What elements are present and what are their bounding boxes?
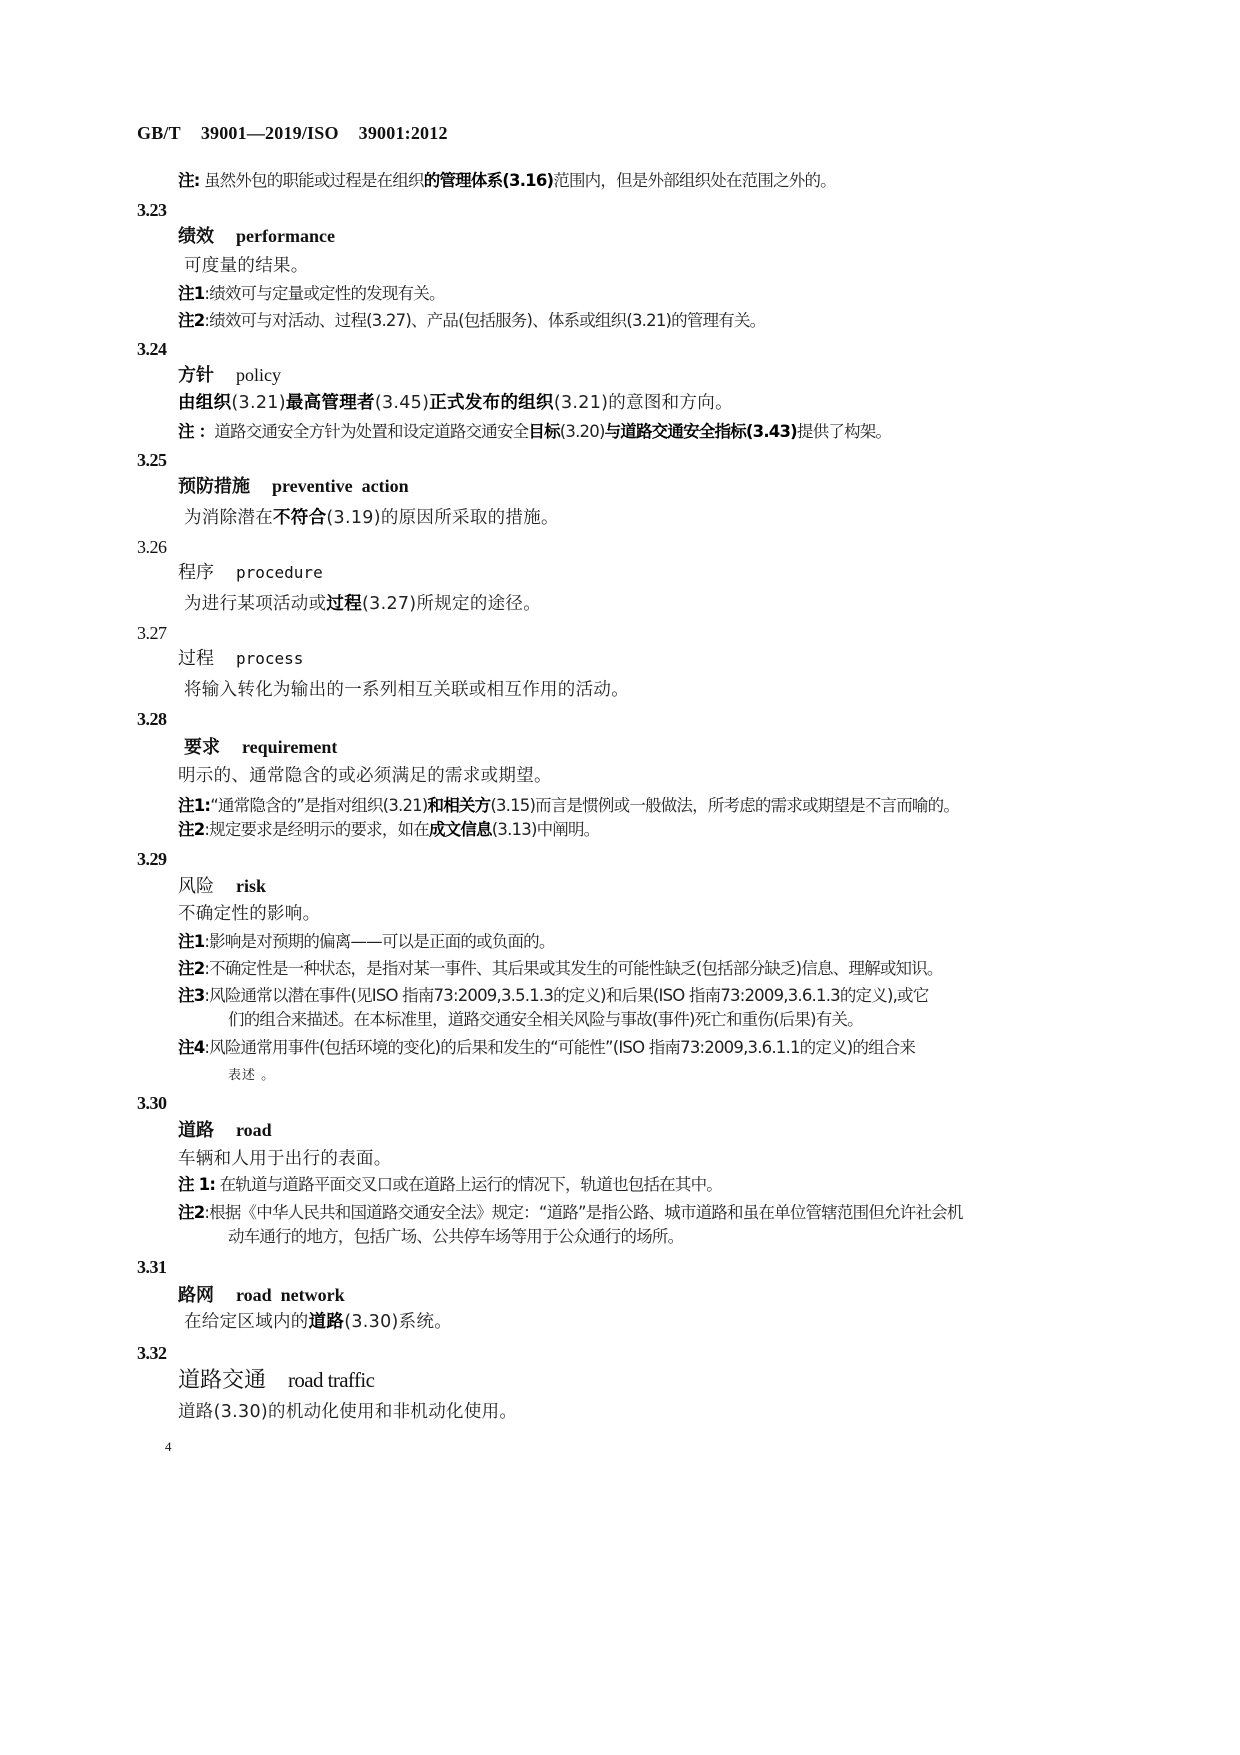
note-text: :根据《中华人民共和国道路交通安全法》规定：“道路”是指公路、城市道路和虽在单位…: [204, 1203, 962, 1222]
term-zh: 要求: [184, 737, 220, 758]
entry-number: 3.27: [137, 624, 167, 642]
standard-number: 39001—2019/ISO: [201, 123, 339, 143]
entry-definition: 为消除潜在不符合(3.19)的原因所采取的措施。: [184, 510, 559, 528]
note-text: (3.13)中阐明。: [492, 820, 600, 839]
term-en: road network: [236, 1285, 345, 1305]
note-continuation: 动车通行的地方，包括广场、公共停车场等用于公众通行的场所。: [228, 1229, 683, 1246]
definition-text: (3.27)所规定的途径。: [362, 594, 541, 614]
term-reference: 过程: [326, 594, 362, 614]
clause-reference: (3.20): [560, 422, 605, 441]
note-text: :风险通常用事件(包括环境的变化)的后果和发生的“可能性”(ISO 指南73:2…: [204, 1038, 915, 1057]
entry-term: 道路交通road traffic: [178, 1370, 374, 1392]
entry-note: 注2:根据《中华人民共和国道路交通安全法》规定：“道路”是指公路、城市道路和虽在…: [178, 1205, 963, 1222]
entry-definition: 不确定性的影响。: [178, 906, 320, 924]
standard-code: GB/T: [137, 123, 181, 143]
term-reference: 由组织: [178, 393, 231, 413]
note-label: 注2: [178, 311, 204, 330]
entry-number: 3.23: [137, 201, 167, 219]
note-continuation: 表述 。: [228, 1069, 275, 1082]
term-en: performance: [236, 226, 335, 246]
note-text: 在轨道与道路平面交叉口或在道路上运行的情况下，轨道也包括在其中。: [215, 1175, 722, 1194]
entry-number: 3.28: [137, 710, 167, 728]
definition-text: 的意图和方向。: [608, 393, 733, 413]
note-label: 注2: [178, 820, 204, 839]
note-label: 注3: [178, 986, 204, 1005]
entry-number: 3.24: [137, 340, 167, 358]
term-reference: 目标: [528, 422, 559, 441]
entry-note: 注 1: 在轨道与道路平面交叉口或在道路上运行的情况下，轨道也包括在其中。: [178, 1177, 722, 1194]
entry-note: 注2:绩效可与对活动、过程(3.27)、产品(包括服务)、体系或组织(3.21)…: [178, 313, 765, 330]
term-zh: 绩效: [178, 226, 214, 247]
note-label: 注 ：: [178, 422, 214, 441]
entry-definition: 车辆和人用于出行的表面。: [178, 1151, 392, 1169]
note-text: 提供了构架。: [797, 422, 891, 441]
clause-reference: (3.21): [554, 393, 608, 413]
note-label: 注2: [178, 1203, 204, 1222]
term-zh: 方针: [178, 365, 214, 386]
definition-text: 在给定区域内的: [184, 1312, 309, 1332]
entry-definition: 由组织(3.21)最高管理者(3.45)正式发布的组织(3.21)的意图和方向。: [178, 395, 733, 413]
note-text: :绩效可与对活动、过程(3.27)、产品(包括服务)、体系或组织(3.21)的管…: [204, 311, 765, 330]
document-page: GB/T39001—2019/ISO39001:2012 注: 虽然外包的职能或…: [0, 0, 1240, 1755]
entry-definition: 可度量的结果。: [184, 258, 309, 276]
term-zh: 预防措施: [178, 476, 250, 497]
definition-text: 为消除潜在: [184, 508, 273, 528]
entry-note: 注2:不确定性是一种状态，是指对某一事件、其后果或其发生的可能性缺乏(包括部分缺…: [178, 961, 943, 978]
term-en: road traffic: [288, 1368, 374, 1392]
note-text: “通常隐含的”是指对组织(3.21): [210, 796, 427, 815]
entry-definition: 道路(3.30)的机动化使用和非机动化使用。: [178, 1404, 517, 1422]
entry-note: 注1:绩效可与定量或定性的发现有关。: [178, 286, 445, 303]
term-zh: 程序: [178, 562, 214, 583]
note-text: :影响是对预期的偏离——可以是正面的或负面的。: [204, 932, 554, 951]
standard-header: GB/T39001—2019/ISO39001:2012: [137, 124, 448, 142]
term-reference: 最高管理者: [286, 393, 375, 413]
term-reference: 不符合: [273, 508, 326, 528]
entry-term: 程序procedure: [178, 564, 323, 582]
term-zh: 过程: [178, 648, 214, 669]
term-en: preventive action: [272, 476, 409, 496]
note-label: 注 1:: [178, 1175, 215, 1194]
clause-reference: (3.21): [231, 393, 285, 413]
note-label: 注4: [178, 1038, 204, 1057]
clause-reference: (3.43): [746, 422, 797, 441]
clause-reference: (3.45): [375, 393, 429, 413]
entry-definition: 在给定区域内的道路(3.30)系统。: [184, 1314, 452, 1332]
term-en: process: [236, 649, 303, 668]
entry-definition: 明示的、通常隐含的或必须满足的需求或期望。: [178, 768, 552, 786]
clause-reference: (3.16): [502, 171, 553, 190]
note-label: 注:: [178, 171, 200, 190]
note-text: 道路交通安全方针为处置和设定道路交通安全: [214, 422, 528, 441]
term-zh: 路网: [178, 1285, 214, 1306]
entry-number: 3.25: [137, 451, 167, 469]
note-text: :风险通常以潜在事件(见ISO 指南73:2009,3.5.1.3的定义)和后果…: [204, 986, 928, 1005]
definition-text: (3.30)系统。: [344, 1312, 452, 1332]
note-continuation: 们的组合来描述。在本标准里，道路交通安全相关风险与事故(事件)死亡和重伤(后果)…: [228, 1012, 863, 1029]
term-zh: 道路: [178, 1120, 214, 1141]
entry-note: 注3:风险通常以潜在事件(见ISO 指南73:2009,3.5.1.3的定义)和…: [178, 988, 928, 1005]
term-zh: 风险: [178, 876, 214, 897]
entry-number: 3.30: [137, 1094, 167, 1112]
definition-text: 为进行某项活动或: [184, 594, 326, 614]
entry-note: 注4:风险通常用事件(包括环境的变化)的后果和发生的“可能性”(ISO 指南73…: [178, 1040, 915, 1057]
note-text: :规定要求是经明示的要求，如在: [204, 820, 429, 839]
entry-term: 方针policy: [178, 366, 281, 385]
entry-note: 注1:影响是对预期的偏离——可以是正面的或负面的。: [178, 934, 555, 951]
entry-term: 过程process: [178, 650, 303, 668]
term-zh: 道路交通: [178, 1368, 266, 1393]
entry-note: 注 ：道路交通安全方针为处置和设定道路交通安全目标(3.20)与道路交通安全指标…: [178, 424, 891, 441]
term-reference: 与道路交通安全指标: [605, 422, 746, 441]
term-reference: 的管理体系: [424, 171, 503, 190]
note-text: :绩效可与定量或定性的发现有关。: [204, 284, 444, 303]
term-reference: 和相关方: [428, 796, 491, 815]
entry-number: 3.32: [137, 1344, 167, 1362]
term-en: policy: [236, 365, 281, 385]
entry-note: 注1:“通常隐含的”是指对组织(3.21)和相关方(3.15)而言是惯例或一般做…: [178, 798, 959, 815]
term-en: requirement: [242, 737, 337, 757]
entry-term: 预防措施preventive action: [178, 477, 409, 496]
entry-number: 3.29: [137, 850, 167, 868]
note-text: :不确定性是一种状态，是指对某一事件、其后果或其发生的可能性缺乏(包括部分缺乏)…: [204, 959, 942, 978]
term-en: procedure: [236, 563, 323, 582]
entry-definition: 为进行某项活动或过程(3.27)所规定的途径。: [184, 596, 541, 614]
term-reference: 正式发布的组织: [429, 393, 554, 413]
term-reference: 成文信息: [429, 820, 492, 839]
entry-term: 道路road: [178, 1121, 272, 1140]
entry-note: 注2:规定要求是经明示的要求，如在成文信息(3.13)中阐明。: [178, 822, 599, 839]
note-text: (3.15)而言是惯例或一般做法，所考虑的需求或期望是不言而喻的。: [490, 796, 959, 815]
term-en: road: [236, 1120, 272, 1140]
intro-note: 注: 虽然外包的职能或过程是在组织的管理体系(3.16)范围内，但是外部组织处在…: [178, 173, 836, 190]
term-reference: 道路: [309, 1312, 345, 1332]
entry-number: 3.31: [137, 1258, 167, 1276]
entry-number: 3.26: [137, 538, 167, 556]
note-label: 注2: [178, 959, 204, 978]
entry-term: 风险risk: [178, 877, 266, 896]
page-number: 4: [165, 1440, 172, 1453]
note-text: 虽然外包的职能或过程是在组织: [204, 171, 424, 190]
note-label: 注1: [178, 284, 204, 303]
definition-text: (3.19)的原因所采取的措施。: [326, 508, 558, 528]
entry-term: 要求requirement: [184, 738, 337, 757]
entry-term: 路网road network: [178, 1286, 345, 1305]
entry-term: 绩效performance: [178, 227, 335, 246]
iso-number: 39001:2012: [359, 123, 448, 143]
note-label: 注1: [178, 932, 204, 951]
term-en: risk: [236, 876, 266, 896]
entry-definition: 将输入转化为输出的一系列相互关联或相互作用的活动。: [184, 682, 629, 700]
note-text: 范围内，但是外部组织处在范围之外的。: [553, 171, 836, 190]
note-label: 注1:: [178, 796, 210, 815]
